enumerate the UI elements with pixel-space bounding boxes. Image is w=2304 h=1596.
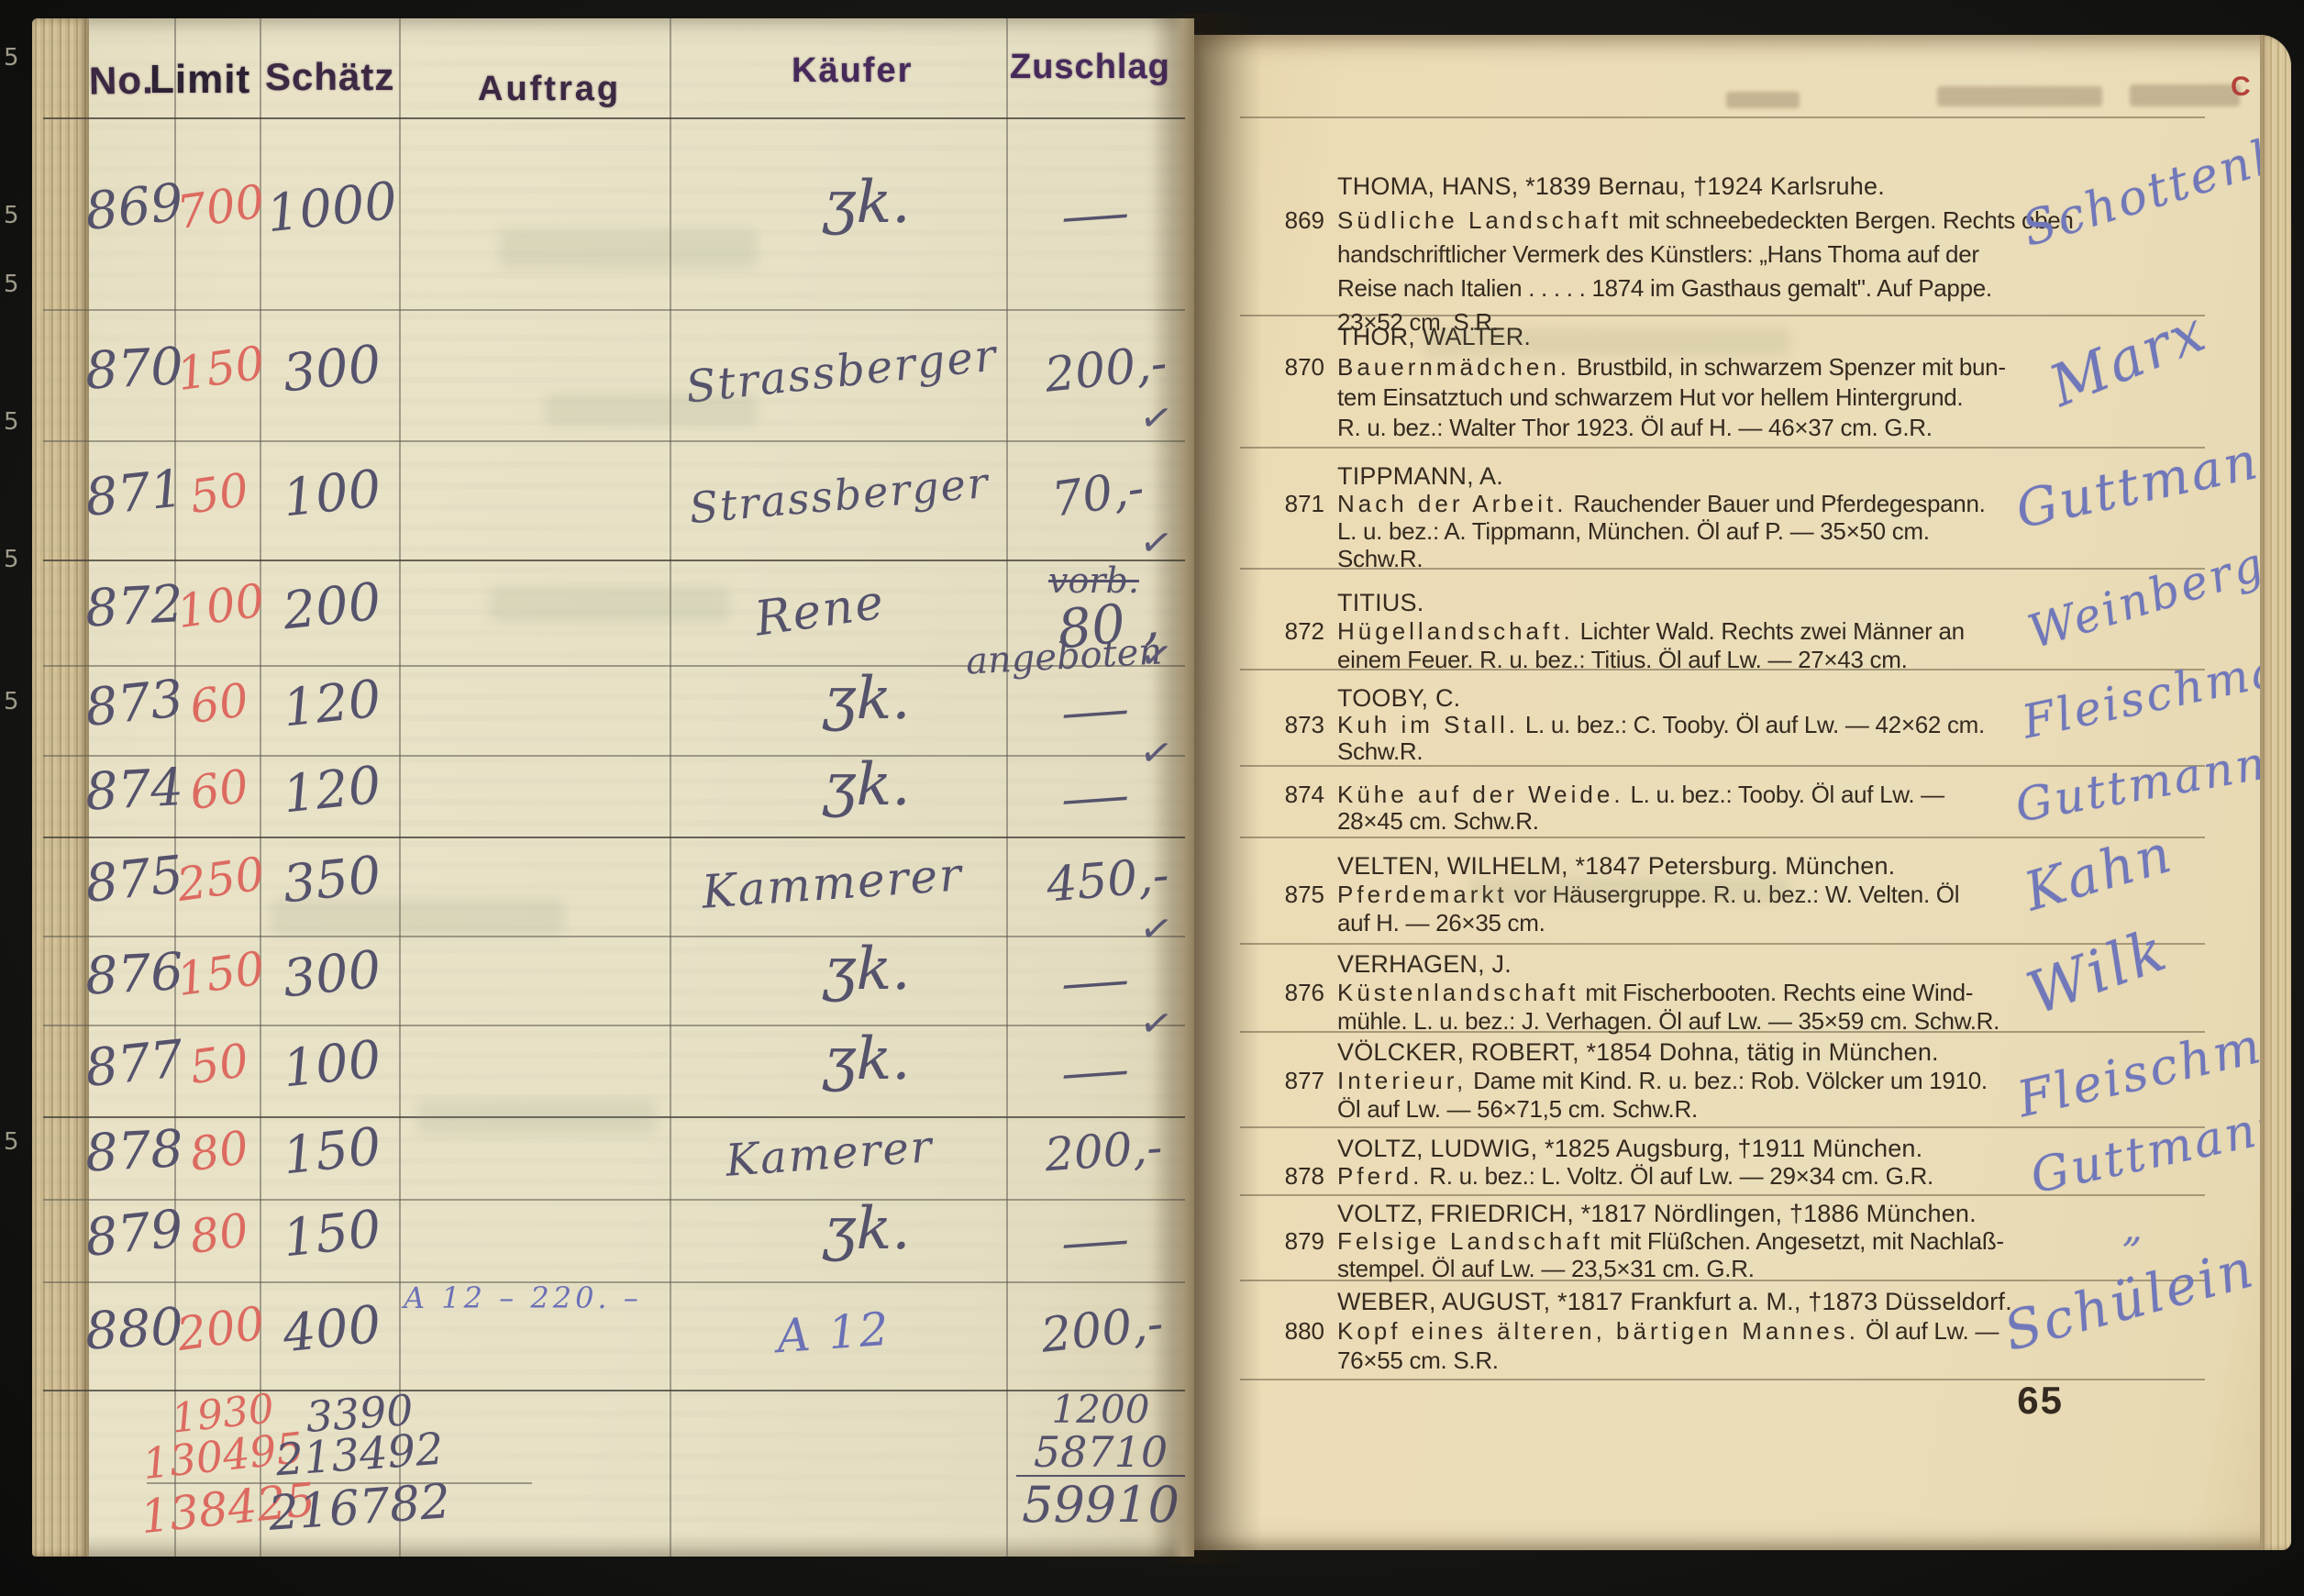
header-kaeufer: Käufer — [792, 51, 913, 91]
bleedthrough-smudge — [271, 899, 564, 936]
cell-schaetz: 200 — [260, 574, 403, 639]
artist-name: TITIUS. — [1337, 591, 2049, 615]
lot-number: 877 — [1266, 1069, 1324, 1092]
ledger-row-line — [43, 117, 1185, 119]
cell-no: 876 — [84, 947, 179, 1003]
entry-text-line: stempel. Öl auf Lw. — 23,5×31 cm. G.R. — [1337, 1257, 2049, 1280]
artist-name: VERHAGEN, J. — [1337, 952, 2049, 977]
entry-text-line: Öl auf Lw. — 56×71,5 cm. Schw.R. — [1337, 1097, 2049, 1121]
entry-text-line: Bauernmädchen. Brustbild, in schwarzem S… — [1337, 355, 2049, 379]
entry-text-line: 28×45 cm. Schw.R. — [1337, 809, 2049, 833]
bleedthrough-smudge — [1423, 328, 1790, 356]
cell-kaeufer: Strassberger — [688, 461, 991, 529]
entry-separator-rule — [1240, 116, 2205, 118]
cell-schaetz: 100 — [260, 1032, 403, 1097]
buyer-name-note: Weinberger — [2023, 524, 2291, 655]
ledger-row-line — [43, 936, 1185, 937]
header-no: No. — [89, 58, 154, 103]
buyer-name-note: Schottenloher — [2017, 98, 2291, 254]
entry-text: stempel. Öl auf Lw. — 23,5×31 cm. G.R. — [1337, 1255, 1755, 1282]
lot-number: 875 — [1266, 882, 1324, 906]
cell-no: 870 — [84, 341, 179, 397]
cell-schaetz: 120 — [260, 758, 403, 823]
cell-limit: 150 — [174, 945, 264, 1002]
cell-zuschlag: 200,- — [1043, 339, 1169, 400]
edge-mark: 5 — [4, 546, 19, 573]
cell-zuschlag: 200,- — [1043, 1125, 1163, 1179]
entry-text: L. u. bez.: C. Tooby. Öl auf Lw. — 42×62… — [1519, 711, 1985, 738]
entry-text: mit Fischerbooten. Rechts eine Wind- — [1578, 979, 1973, 1006]
entry-text: Öl auf Lw. — — [1859, 1317, 1999, 1345]
cell-no: 871 — [83, 464, 179, 525]
entry-text: Reise nach Italien . . . . . 1874 im Gas… — [1337, 274, 1992, 302]
artist-name: VÖLCKER, ROBERT, *1854 Dohna, tätig in M… — [1337, 1040, 2049, 1065]
spaced-title: Felsige Landschaft — [1337, 1227, 1603, 1255]
entry-text: einem Feuer. R. u. bez.: Titius. Öl auf … — [1337, 646, 1908, 673]
entry-text: L. u. bez.: Tooby. Öl auf Lw. — — [1624, 781, 1944, 808]
spaced-title: Küstenlandschaft — [1337, 979, 1578, 1006]
lot-number: 874 — [1266, 782, 1324, 806]
page-stack-right-edge — [2260, 35, 2291, 1550]
cell-schaetz: 150 — [260, 1119, 403, 1184]
spaced-title: Bauernmädchen. — [1337, 353, 1570, 381]
buyer-name-note: Guttmann — [2012, 428, 2291, 538]
ink-offset-smudge — [1937, 86, 2102, 106]
cell-kaeufer: ʒk. — [793, 1030, 940, 1089]
lot-number: 872 — [1266, 619, 1324, 643]
entry-text-line: L. u. bez.: A. Tippmann, München. Öl auf… — [1337, 519, 2049, 543]
cell-zuschlag: 70,- — [1049, 464, 1147, 524]
cell-no: 872 — [84, 579, 179, 635]
checkmark: ✓ — [1137, 1002, 1176, 1045]
page-stack-left-edge — [32, 18, 89, 1557]
entry-text-line: Reise nach Italien . . . . . 1874 im Gas… — [1337, 276, 2049, 300]
spaced-title: Nach der Arbeit. — [1337, 490, 1567, 517]
red-edge-mark: C — [2231, 72, 2251, 103]
artist-name: VELTEN, WILHELM, *1847 Petersburg. Münch… — [1337, 854, 2049, 879]
cell-no: 877 — [83, 1035, 179, 1095]
cell-limit: 50 — [174, 1036, 264, 1092]
artist-name: WEBER, AUGUST, *1817 Frankfurt a. M., †1… — [1337, 1290, 2049, 1314]
cell-zuschlag: 450,- — [1045, 851, 1170, 909]
header-limit: Limit — [150, 57, 250, 103]
edge-mark: 5 — [4, 271, 19, 298]
cell-schaetz: 100 — [260, 461, 403, 526]
entry-text-line: mühle. L. u. bez.: J. Verhagen. Öl auf L… — [1337, 1009, 2049, 1033]
ledger-row-line — [43, 440, 1185, 442]
entry-text: Öl auf Lw. — 56×71,5 cm. Schw.R. — [1337, 1095, 1698, 1123]
header-zuschlag: Zuschlag — [1010, 48, 1170, 87]
bleedthrough-smudge — [1469, 877, 1790, 903]
spaced-title: Hügellandschaft. — [1337, 617, 1574, 645]
checkmark: ✓ — [1137, 634, 1176, 677]
artist-name: VOLTZ, LUDWIG, *1825 Augsburg, †1911 Mün… — [1337, 1136, 2049, 1161]
cell-schaetz: 1000 — [260, 175, 403, 240]
entry-text: Rauchender Bauer und Pferdegespann. — [1567, 490, 1985, 517]
total-zuschlag: 59910 — [1014, 1480, 1188, 1530]
edge-mark: 5 — [4, 202, 19, 229]
spaced-title: Pferd. — [1337, 1162, 1423, 1190]
checkmark: ✓ — [1137, 521, 1176, 564]
buyer-name-note: Kahn — [2019, 826, 2178, 918]
cell-no: 873 — [83, 674, 179, 735]
cell-kaeufer: A 12 — [775, 1306, 892, 1360]
cell-no: 875 — [83, 850, 179, 911]
cell-kaeufer: ʒk. — [793, 940, 940, 999]
lot-number: 878 — [1266, 1164, 1324, 1188]
cell-kaeufer: ʒk. — [793, 756, 940, 815]
cell-limit: 200 — [174, 1301, 264, 1358]
bleedthrough-smudge — [500, 229, 757, 268]
edge-mark: 5 — [4, 1128, 19, 1156]
artist-name: VOLTZ, FRIEDRICH, *1817 Nördlingen, †188… — [1337, 1202, 2049, 1226]
bleedthrough-smudge — [491, 587, 729, 622]
entry-text: mühle. L. u. bez.: J. Verhagen. Öl auf L… — [1337, 1007, 1999, 1035]
ledger-row-line — [43, 837, 1185, 838]
ledger-page: No. Limit Schätz Auftrag Käufer Zuschlag… — [32, 18, 1194, 1557]
bleedthrough-smudge — [417, 1101, 656, 1134]
entry-text-line: Kopf eines älteren, bärtigen Mannes. Öl … — [1337, 1319, 2049, 1343]
buyer-name-note: Guttmann — [2012, 739, 2271, 829]
entry-text: auf H. — 26×35 cm. — [1337, 909, 1545, 937]
entry-text-line: Küstenlandschaft mit Fischerbooten. Rech… — [1337, 981, 2049, 1004]
entry-text-line: Schw.R. — [1337, 547, 2049, 571]
ledger-row-line — [43, 309, 1185, 311]
cell-limit: 60 — [174, 760, 264, 817]
total-zuschlag: 58710 — [1014, 1431, 1188, 1473]
cell-zuschlag: 200,- — [1039, 1300, 1166, 1360]
lot-number: 876 — [1266, 981, 1324, 1004]
cell-kaeufer: Kammerer — [701, 851, 965, 915]
buyer-name-note: Marx — [2043, 302, 2214, 416]
entry-text: L. u. bez.: A. Tippmann, München. Öl auf… — [1337, 517, 1930, 545]
artist-name: THOMA, HANS, *1839 Bernau, †1924 Karlsru… — [1337, 174, 2049, 199]
buyer-name-note: Wilk — [2021, 920, 2176, 1025]
entry-text-line: Kühe auf der Weide. L. u. bez.: Tooby. Ö… — [1337, 782, 2049, 806]
checkmark: ✓ — [1137, 907, 1176, 950]
ink-offset-smudge — [1726, 92, 1800, 108]
cell-limit: 60 — [174, 675, 264, 732]
artist-name: TOOBY, C. — [1337, 686, 2049, 711]
spaced-title: Kühe auf der Weide. — [1337, 781, 1624, 808]
cell-kaeufer: Rene — [752, 578, 888, 643]
buyer-name-note: „ — [2122, 1209, 2145, 1247]
cell-no: 878 — [84, 1124, 179, 1180]
cell-zuschlag-note: angeboten — [965, 633, 1163, 680]
entry-text: tem Einsatztuch und schwarzem Hut vor he… — [1337, 383, 1963, 411]
cell-schaetz: 150 — [260, 1202, 403, 1267]
entry-text: R. u. bez.: Walter Thor 1923. Öl auf H. … — [1337, 414, 1933, 441]
entry-separator-rule — [1240, 765, 2205, 767]
entry-text-line: einem Feuer. R. u. bez.: Titius. Öl auf … — [1337, 648, 2049, 671]
lot-number: 870 — [1266, 355, 1324, 379]
scanned-book-spread: No. Limit Schätz Auftrag Käufer Zuschlag… — [0, 0, 2304, 1596]
lot-number: 880 — [1266, 1319, 1324, 1343]
entry-text: Lichter Wald. Rechts zwei Männer an — [1574, 617, 1965, 645]
entry-separator-rule — [1240, 837, 2205, 838]
page-number: 65 — [1999, 1381, 2064, 1420]
entry-text: 76×55 cm. S.R. — [1337, 1347, 1499, 1374]
entry-separator-rule — [1240, 1126, 2205, 1128]
lot-number: 869 — [1266, 208, 1324, 232]
cell-no: 874 — [84, 762, 179, 818]
spaced-title: Südliche Landschaft — [1337, 206, 1622, 234]
ledger-row-line — [43, 755, 1185, 757]
ledger-row-line — [43, 560, 1185, 561]
ledger-row-line — [43, 1025, 1185, 1026]
lot-number: 871 — [1266, 492, 1324, 515]
cell-schaetz: 300 — [260, 942, 403, 1007]
entry-text-line: Interieur, Dame mit Kind. R. u. bez.: Ro… — [1337, 1069, 2049, 1092]
ledger-row-line — [43, 1199, 1185, 1201]
entry-text-line: R. u. bez.: Walter Thor 1923. Öl auf H. … — [1337, 416, 2049, 439]
entry-text-line: Nach der Arbeit. Rauchender Bauer und Pf… — [1337, 492, 2049, 515]
entry-text-line: Hügellandschaft. Lichter Wald. Rechts zw… — [1337, 619, 2049, 643]
lot-number: 879 — [1266, 1229, 1324, 1253]
edge-mark: 5 — [4, 688, 19, 715]
cell-kaeufer: Kamerer — [725, 1125, 935, 1183]
entry-text-line: Südliche Landschaft mit schneebedeckten … — [1337, 208, 2049, 232]
cell-kaeufer: ʒk. — [793, 670, 940, 728]
cell-limit: 150 — [174, 339, 264, 396]
cell-limit: 250 — [174, 851, 264, 908]
header-schaetz: Schätz — [265, 55, 394, 99]
entry-text: handschriftlicher Vermerk des Künstlers:… — [1337, 240, 1979, 268]
cell-schaetz: 120 — [260, 671, 403, 737]
edge-mark: 5 — [4, 408, 19, 436]
entry-text-line: Pferd. R. u. bez.: L. Voltz. Öl auf Lw. … — [1337, 1164, 2049, 1188]
bleedthrough-smudge — [546, 394, 757, 426]
entry-text-line: Kuh im Stall. L. u. bez.: C. Tooby. Öl a… — [1337, 713, 2049, 737]
entry-text-line: 76×55 cm. S.R. — [1337, 1348, 2049, 1372]
cell-limit: 80 — [174, 1205, 264, 1262]
cell-no: 869 — [83, 177, 179, 238]
cell-limit: 80 — [174, 1123, 264, 1180]
ink-offset-smudge — [2130, 84, 2240, 106]
entry-text: mit schneebedeckten Bergen. Rechts oben — [1622, 206, 2073, 234]
entry-text-line: Schw.R. — [1337, 739, 2049, 763]
entry-text: 28×45 cm. Schw.R. — [1337, 807, 1539, 835]
entry-text: R. u. bez.: L. Voltz. Öl auf Lw. — 29×34… — [1423, 1162, 1933, 1190]
entry-separator-rule — [1240, 943, 2205, 945]
entry-text-line: Felsige Landschaft mit Flüßchen. Angeset… — [1337, 1229, 2049, 1253]
lot-number: 873 — [1266, 713, 1324, 737]
cell-no: 880 — [84, 1302, 179, 1358]
entry-text: Schw.R. — [1337, 545, 1423, 572]
cell-schaetz: 300 — [260, 337, 403, 402]
total-schaetz: 216782 — [261, 1478, 457, 1539]
cell-kaeufer: ʒk. — [793, 1200, 940, 1258]
ledger-column-line — [1006, 18, 1008, 1557]
edge-mark: 5 — [4, 44, 19, 72]
spaced-title: Kuh im Stall. — [1337, 711, 1519, 738]
cell-auftrag-note: A 12 – 220. – — [404, 1283, 642, 1313]
entry-text-line: handschriftlicher Vermerk des Künstlers:… — [1337, 242, 2049, 266]
cell-schaetz: 400 — [260, 1297, 403, 1362]
artist-name: TIPPMANN, A. — [1337, 464, 2049, 489]
entry-text: Dame mit Kind. R. u. bez.: Rob. Völcker … — [1467, 1067, 1988, 1094]
entry-text-line: tem Einsatztuch und schwarzem Hut vor he… — [1337, 385, 2049, 409]
cell-limit: 700 — [174, 178, 264, 235]
entry-text: Brustbild, in schwarzem Spenzer mit bun- — [1570, 353, 2006, 381]
cell-no: 879 — [83, 1204, 179, 1265]
entry-text: mit Flüßchen. Angesetzt, mit Nachlaß- — [1603, 1227, 2004, 1255]
checkmark: ✓ — [1137, 396, 1176, 439]
catalog-page: THOMA, HANS, *1839 Bernau, †1924 Karlsru… — [1194, 35, 2291, 1550]
spaced-title: Interieur, — [1337, 1067, 1467, 1094]
entry-separator-rule — [1240, 447, 2205, 449]
cell-kaeufer: ʒk. — [793, 173, 940, 232]
spaced-title: Kopf eines älteren, bärtigen Mannes. — [1337, 1317, 1859, 1345]
total-zuschlag: 1200 — [1014, 1391, 1188, 1429]
cell-limit: 50 — [174, 465, 264, 522]
entry-text-line: auf H. — 26×35 cm. — [1337, 911, 2049, 935]
header-auftrag: Auftrag — [478, 70, 621, 109]
entry-text: Schw.R. — [1337, 737, 1423, 765]
cell-limit: 100 — [174, 577, 264, 634]
